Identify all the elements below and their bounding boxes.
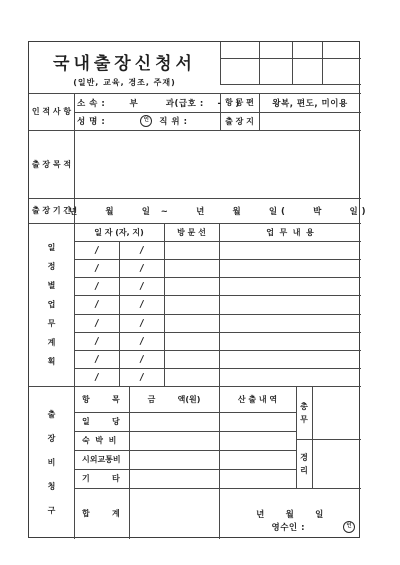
approver2-label: 경리 bbox=[299, 451, 310, 477]
expense-side-label: 출장비청구 bbox=[46, 403, 58, 523]
name-position-field[interactable]: 성 명 : 인 직 위 : bbox=[74, 112, 220, 130]
receiver-label: 영수인 : bbox=[272, 521, 306, 533]
flight-label-wrap: 항 공 편 bbox=[220, 93, 259, 112]
schedule-row-fields[interactable] bbox=[164, 368, 361, 386]
schedule-side-label-wrap: 일정별업무계획 bbox=[29, 223, 74, 386]
schedule-header-work: 업 무 내 용 bbox=[219, 223, 361, 241]
form-subtitle-wrap: (일반, 교육, 경조, 주재) bbox=[29, 75, 220, 89]
position-label: 직 위 : bbox=[159, 115, 187, 127]
personal-section-label: 인 적 사 항 bbox=[32, 106, 71, 117]
approver1-label-wrap: 총무 bbox=[296, 386, 312, 439]
trip-request-form: 국내출장신청서 (일반, 교육, 경조, 주재) 인 적 사 항 소 속 : bbox=[28, 41, 360, 538]
approval-header-cell-1[interactable] bbox=[220, 42, 259, 58]
date-to-cell[interactable]: / bbox=[119, 314, 164, 332]
schedule-header-visit: 방 문 선 bbox=[164, 223, 219, 241]
receipt-date-wrap: 년 월 일 bbox=[219, 502, 361, 521]
expense-header-item: 항 목 bbox=[74, 386, 129, 412]
expense-item-lodging: 숙 박 비 bbox=[74, 431, 129, 450]
date-from-cell[interactable]: / bbox=[74, 368, 119, 386]
expense-item-transport: 시외교통비 bbox=[74, 450, 129, 469]
calc-field-daily[interactable] bbox=[219, 412, 296, 431]
form-title: 국내출장신청서 bbox=[53, 49, 196, 74]
destination-label: 출 장 지 bbox=[225, 116, 254, 127]
schedule-header-date: 일 자 (자, 지) bbox=[74, 223, 164, 241]
name-stamp-icon: 인 bbox=[140, 115, 152, 127]
purpose-field[interactable] bbox=[74, 130, 361, 198]
receipt-cell: 년 월 일 영수인 : 인 bbox=[219, 488, 361, 539]
affiliation-field[interactable]: 소 속 : 부 과(급호 : - ) bbox=[74, 93, 220, 112]
divider bbox=[220, 84, 361, 85]
flight-label: 항 공 편 bbox=[225, 97, 254, 108]
expense-header-amount: 금 액(원) bbox=[129, 386, 219, 412]
schedule-side-label: 일정별업무계획 bbox=[46, 238, 58, 371]
period-label: 출 장 기 간 bbox=[32, 205, 71, 216]
date-from-cell[interactable]: / bbox=[74, 314, 119, 332]
expense-item-daily: 일 당 bbox=[74, 412, 129, 431]
amount-field-transport[interactable] bbox=[129, 450, 219, 469]
schedule-row-fields[interactable] bbox=[164, 295, 361, 314]
period-field[interactable]: 년 월 일 ~ 년 월 일 ( 박 일 ) bbox=[74, 198, 361, 223]
calc-field-transport[interactable] bbox=[219, 450, 296, 469]
total-amount-field[interactable] bbox=[129, 488, 219, 539]
date-from-cell[interactable]: / bbox=[74, 332, 119, 350]
schedule-row-fields[interactable] bbox=[164, 259, 361, 277]
date-to-cell[interactable]: / bbox=[119, 368, 164, 386]
affiliation-label: 소 속 : 부 과(급호 : - ) bbox=[77, 97, 240, 109]
name-label: 성 명 : bbox=[77, 115, 105, 127]
date-to-cell[interactable]: / bbox=[119, 277, 164, 295]
approval-sign-cell-2[interactable] bbox=[259, 58, 292, 84]
personal-section-label-wrap: 인 적 사 항 bbox=[29, 93, 74, 130]
total-label-wrap: 합 계 bbox=[74, 488, 129, 539]
date-to-cell[interactable]: / bbox=[119, 259, 164, 277]
approval-header-cell-2[interactable] bbox=[259, 42, 292, 58]
destination-field[interactable] bbox=[259, 112, 361, 130]
form-title-wrap: 국내출장신청서 bbox=[29, 46, 220, 76]
date-from-cell[interactable]: / bbox=[74, 277, 119, 295]
amount-field-daily[interactable] bbox=[129, 412, 219, 431]
calc-field-lodging[interactable] bbox=[219, 431, 296, 450]
date-to-cell[interactable]: / bbox=[119, 332, 164, 350]
schedule-row-fields[interactable] bbox=[164, 314, 361, 332]
date-from-cell[interactable]: / bbox=[74, 241, 119, 259]
approver2-sign-cell[interactable] bbox=[312, 439, 361, 488]
schedule-row-fields[interactable] bbox=[164, 332, 361, 350]
date-to-cell[interactable]: / bbox=[119, 295, 164, 314]
destination-label-wrap: 출 장 지 bbox=[220, 112, 259, 130]
approval-header-cell-4[interactable] bbox=[322, 42, 361, 58]
receiver-stamp-icon: 인 bbox=[343, 521, 355, 533]
date-from-cell[interactable]: / bbox=[74, 259, 119, 277]
total-label: 합 계 bbox=[82, 508, 120, 519]
expense-header-calc: 산 출 내 역 bbox=[219, 386, 296, 412]
schedule-row-fields[interactable] bbox=[164, 277, 361, 295]
flight-options-field[interactable]: 왕복, 편도, 미이용 bbox=[259, 93, 361, 112]
date-to-cell[interactable]: / bbox=[119, 241, 164, 259]
schedule-row-fields[interactable] bbox=[164, 350, 361, 368]
amount-field-lodging[interactable] bbox=[129, 431, 219, 450]
date-from-cell[interactable]: / bbox=[74, 350, 119, 368]
scanned-form-page: 국내출장신청서 (일반, 교육, 경조, 주재) 인 적 사 항 소 속 : bbox=[0, 0, 400, 565]
calc-field-etc[interactable] bbox=[219, 469, 296, 488]
approval-sign-cell-4[interactable] bbox=[322, 58, 361, 84]
approval-sign-cell-3[interactable] bbox=[292, 58, 322, 84]
period-value: 년 월 일 ~ 년 월 일 ( 박 일 ) bbox=[69, 205, 366, 217]
amount-field-etc[interactable] bbox=[129, 469, 219, 488]
receipt-date-line: 년 월 일 bbox=[256, 510, 324, 520]
purpose-label: 출 장 목 적 bbox=[32, 159, 71, 170]
approval-sign-cell-1[interactable] bbox=[220, 58, 259, 84]
form-subtitle: (일반, 교육, 경조, 주재) bbox=[73, 77, 176, 88]
receiver-row[interactable]: 영수인 : 인 bbox=[272, 521, 356, 533]
flight-options: 왕복, 편도, 미이용 bbox=[272, 97, 347, 109]
schedule-row-fields[interactable] bbox=[164, 241, 361, 259]
date-from-cell[interactable]: / bbox=[74, 295, 119, 314]
purpose-label-wrap: 출 장 목 적 bbox=[29, 130, 74, 198]
expense-side-label-wrap: 출장비청구 bbox=[29, 386, 74, 539]
approver1-sign-cell[interactable] bbox=[312, 386, 361, 439]
expense-item-etc: 기 타 bbox=[74, 469, 129, 488]
approver1-label: 총무 bbox=[299, 400, 310, 426]
date-to-cell[interactable]: / bbox=[119, 350, 164, 368]
approver2-label-wrap: 경리 bbox=[296, 439, 312, 488]
approval-header-cell-3[interactable] bbox=[292, 42, 322, 58]
period-label-wrap: 출 장 기 간 bbox=[29, 198, 74, 223]
